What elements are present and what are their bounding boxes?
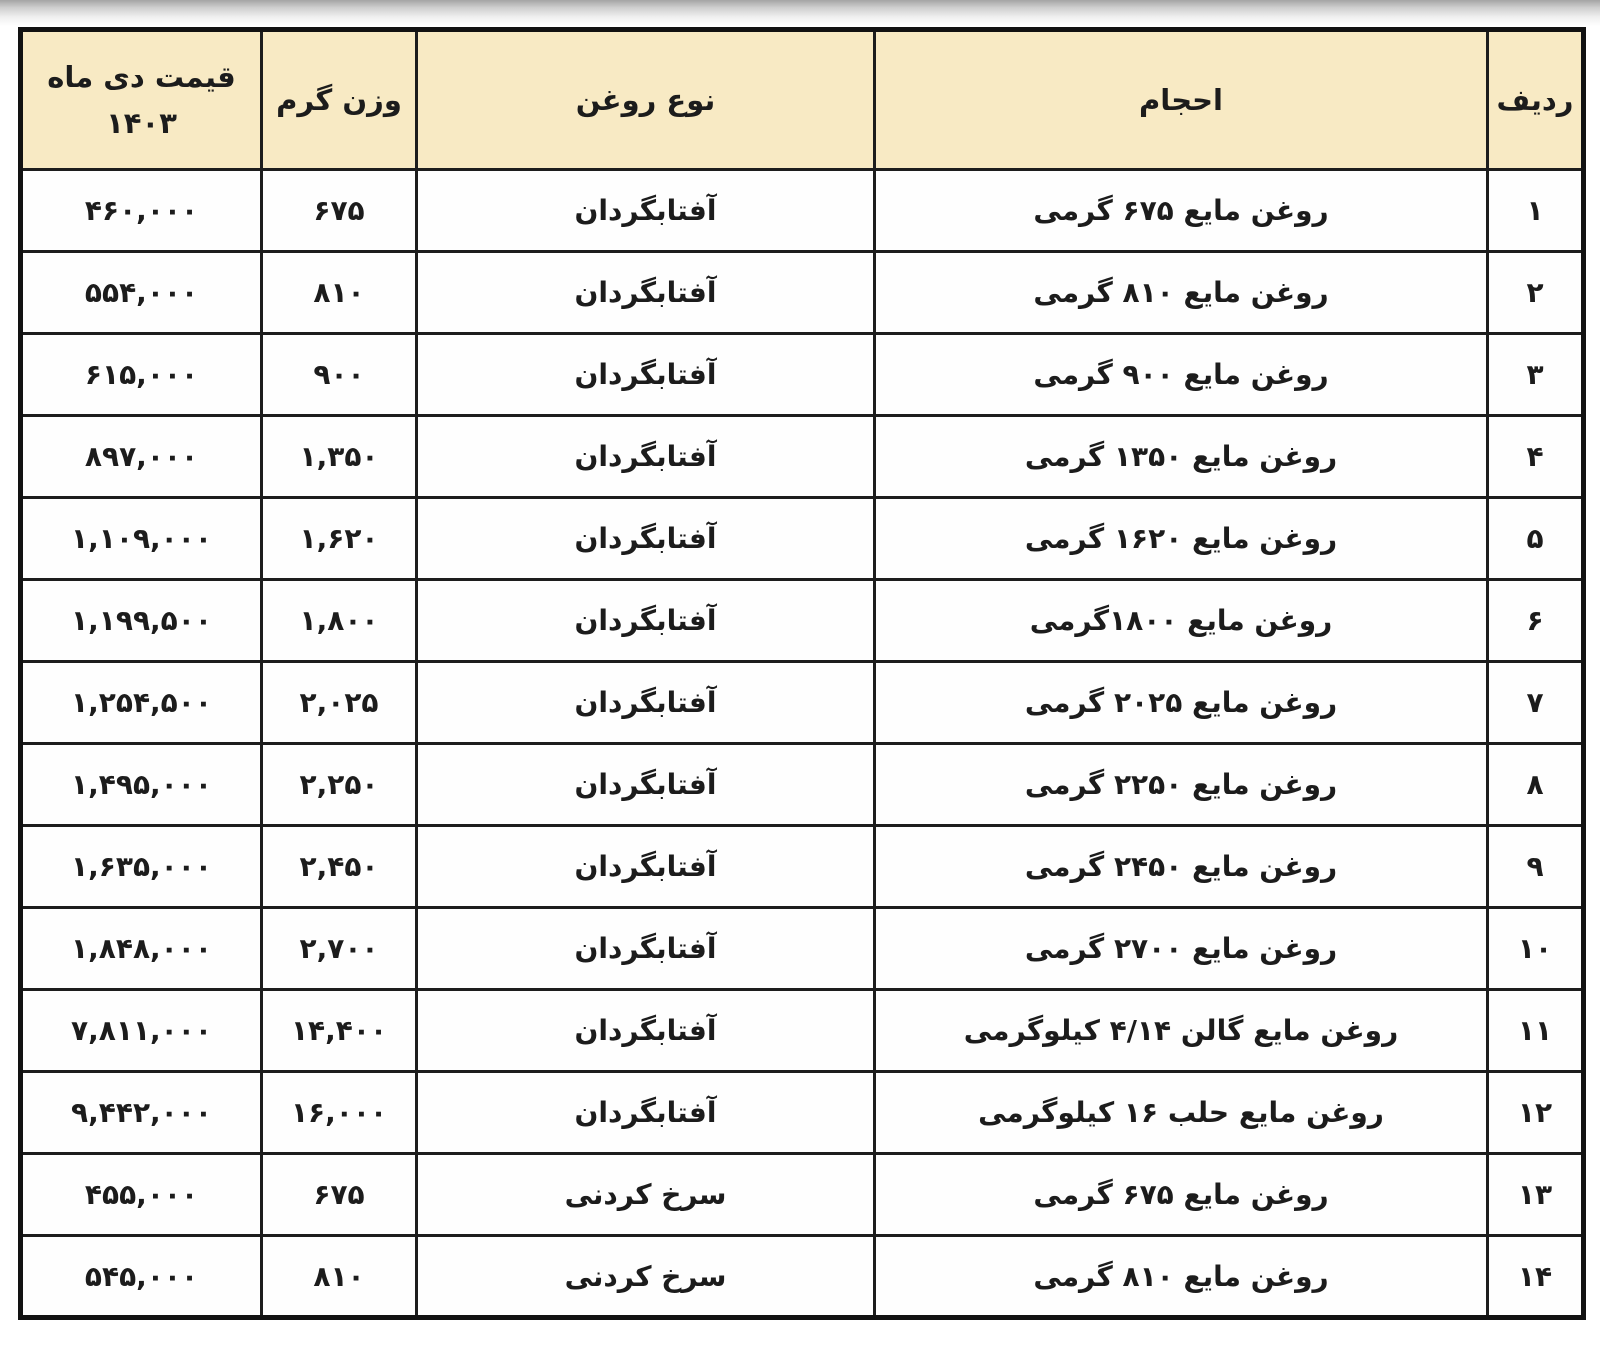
weight-cell: ۸۱۰ — [262, 1236, 417, 1318]
price-cell: ۴۶۰,۰۰۰ — [21, 170, 262, 252]
price-cell: ۶۱۵,۰۰۰ — [21, 334, 262, 416]
table-row: ۱۲ روغن مایع حلب ۱۶ کیلوگرمی آفتابگردان … — [21, 1072, 1584, 1154]
weight-cell: ۱,۶۲۰ — [262, 498, 417, 580]
volume-cell: روغن مایع ۲۲۵۰ گرمی — [875, 744, 1488, 826]
weight-cell: ۱۴,۴۰۰ — [262, 990, 417, 1072]
header-oil-type: نوع روغن — [417, 30, 875, 170]
weight-cell: ۲,۴۵۰ — [262, 826, 417, 908]
table-row: ۱۴ روغن مایع ۸۱۰ گرمی سرخ کردنی ۸۱۰ ۵۴۵,… — [21, 1236, 1584, 1318]
volume-cell: روغن مایع ۶۷۵ گرمی — [875, 1154, 1488, 1236]
volume-cell: روغن مایع ۱۶۲۰ گرمی — [875, 498, 1488, 580]
weight-cell: ۸۱۰ — [262, 252, 417, 334]
table-header: ردیف احجام نوع روغن وزن گرم قیمت دی ماه … — [21, 30, 1584, 170]
row-number-cell: ۱۲ — [1488, 1072, 1584, 1154]
row-number-cell: ۱ — [1488, 170, 1584, 252]
weight-cell: ۶۷۵ — [262, 1154, 417, 1236]
volume-cell: روغن مایع ۲۷۰۰ گرمی — [875, 908, 1488, 990]
row-number-cell: ۲ — [1488, 252, 1584, 334]
table-row: ۵ روغن مایع ۱۶۲۰ گرمی آفتابگردان ۱,۶۲۰ ۱… — [21, 498, 1584, 580]
oil-type-cell: سرخ کردنی — [417, 1236, 875, 1318]
oil-type-cell: سرخ کردنی — [417, 1154, 875, 1236]
volume-cell: روغن مایع ۸۱۰ گرمی — [875, 1236, 1488, 1318]
weight-cell: ۲,۰۲۵ — [262, 662, 417, 744]
row-number-cell: ۵ — [1488, 498, 1584, 580]
row-number-cell: ۱۴ — [1488, 1236, 1584, 1318]
table-row: ۲ روغن مایع ۸۱۰ گرمی آفتابگردان ۸۱۰ ۵۵۴,… — [21, 252, 1584, 334]
oil-type-cell: آفتابگردان — [417, 580, 875, 662]
table-row: ۱۱ روغن مایع گالن ۴/۱۴ کیلوگرمی آفتابگرد… — [21, 990, 1584, 1072]
row-number-cell: ۶ — [1488, 580, 1584, 662]
volume-cell: روغن مایع ۹۰۰ گرمی — [875, 334, 1488, 416]
header-price-line2: ۱۴۰۳ — [23, 100, 260, 146]
row-number-cell: ۳ — [1488, 334, 1584, 416]
table-row: ۸ روغن مایع ۲۲۵۰ گرمی آفتابگردان ۲,۲۵۰ ۱… — [21, 744, 1584, 826]
table-row: ۱۰ روغن مایع ۲۷۰۰ گرمی آفتابگردان ۲,۷۰۰ … — [21, 908, 1584, 990]
price-cell: ۹,۴۴۲,۰۰۰ — [21, 1072, 262, 1154]
weight-cell: ۶۷۵ — [262, 170, 417, 252]
table-row: ۱ روغن مایع ۶۷۵ گرمی آفتابگردان ۶۷۵ ۴۶۰,… — [21, 170, 1584, 252]
price-cell: ۵۵۴,۰۰۰ — [21, 252, 262, 334]
row-number-cell: ۸ — [1488, 744, 1584, 826]
header-price-line1: قیمت دی ماه — [23, 54, 260, 100]
volume-cell: روغن مایع ۱۳۵۰ گرمی — [875, 416, 1488, 498]
volume-cell: روغن مایع ۲۴۵۰ گرمی — [875, 826, 1488, 908]
oil-type-cell: آفتابگردان — [417, 252, 875, 334]
weight-cell: ۱,۳۵۰ — [262, 416, 417, 498]
oil-type-cell: آفتابگردان — [417, 334, 875, 416]
price-cell: ۱,۴۹۵,۰۰۰ — [21, 744, 262, 826]
row-number-cell: ۹ — [1488, 826, 1584, 908]
header-weight: وزن گرم — [262, 30, 417, 170]
price-cell: ۴۵۵,۰۰۰ — [21, 1154, 262, 1236]
table-row: ۶ روغن مایع ۱۸۰۰گرمی آفتابگردان ۱,۸۰۰ ۱,… — [21, 580, 1584, 662]
price-cell: ۷,۸۱۱,۰۰۰ — [21, 990, 262, 1072]
row-number-cell: ۱۳ — [1488, 1154, 1584, 1236]
price-cell: ۱,۲۵۴,۵۰۰ — [21, 662, 262, 744]
volume-cell: روغن مایع ۲۰۲۵ گرمی — [875, 662, 1488, 744]
row-number-cell: ۱۱ — [1488, 990, 1584, 1072]
oil-price-table: ردیف احجام نوع روغن وزن گرم قیمت دی ماه … — [18, 27, 1586, 1320]
oil-type-cell: آفتابگردان — [417, 170, 875, 252]
header-row: ردیف احجام نوع روغن وزن گرم قیمت دی ماه … — [21, 30, 1584, 170]
price-cell: ۵۴۵,۰۰۰ — [21, 1236, 262, 1318]
price-cell: ۸۹۷,۰۰۰ — [21, 416, 262, 498]
oil-type-cell: آفتابگردان — [417, 662, 875, 744]
oil-type-cell: آفتابگردان — [417, 908, 875, 990]
oil-type-cell: آفتابگردان — [417, 416, 875, 498]
oil-type-cell: آفتابگردان — [417, 826, 875, 908]
table-row: ۹ روغن مایع ۲۴۵۰ گرمی آفتابگردان ۲,۴۵۰ ۱… — [21, 826, 1584, 908]
top-gradient-strip — [0, 0, 1600, 26]
price-cell: ۱,۸۴۸,۰۰۰ — [21, 908, 262, 990]
oil-type-cell: آفتابگردان — [417, 498, 875, 580]
oil-type-cell: آفتابگردان — [417, 744, 875, 826]
table-row: ۱۳ روغن مایع ۶۷۵ گرمی سرخ کردنی ۶۷۵ ۴۵۵,… — [21, 1154, 1584, 1236]
header-row-number: ردیف — [1488, 30, 1584, 170]
volume-cell: روغن مایع ۸۱۰ گرمی — [875, 252, 1488, 334]
header-price: قیمت دی ماه ۱۴۰۳ — [21, 30, 262, 170]
weight-cell: ۱,۸۰۰ — [262, 580, 417, 662]
row-number-cell: ۱۰ — [1488, 908, 1584, 990]
price-cell: ۱,۱۰۹,۰۰۰ — [21, 498, 262, 580]
volume-cell: روغن مایع ۶۷۵ گرمی — [875, 170, 1488, 252]
volume-cell: روغن مایع حلب ۱۶ کیلوگرمی — [875, 1072, 1488, 1154]
table-row: ۳ روغن مایع ۹۰۰ گرمی آفتابگردان ۹۰۰ ۶۱۵,… — [21, 334, 1584, 416]
oil-type-cell: آفتابگردان — [417, 990, 875, 1072]
weight-cell: ۱۶,۰۰۰ — [262, 1072, 417, 1154]
table-row: ۷ روغن مایع ۲۰۲۵ گرمی آفتابگردان ۲,۰۲۵ ۱… — [21, 662, 1584, 744]
price-cell: ۱,۱۹۹,۵۰۰ — [21, 580, 262, 662]
table-body: ۱ روغن مایع ۶۷۵ گرمی آفتابگردان ۶۷۵ ۴۶۰,… — [21, 170, 1584, 1318]
volume-cell: روغن مایع ۱۸۰۰گرمی — [875, 580, 1488, 662]
row-number-cell: ۷ — [1488, 662, 1584, 744]
volume-cell: روغن مایع گالن ۴/۱۴ کیلوگرمی — [875, 990, 1488, 1072]
weight-cell: ۹۰۰ — [262, 334, 417, 416]
page: ردیف احجام نوع روغن وزن گرم قیمت دی ماه … — [0, 0, 1600, 1360]
weight-cell: ۲,۲۵۰ — [262, 744, 417, 826]
price-cell: ۱,۶۳۵,۰۰۰ — [21, 826, 262, 908]
oil-type-cell: آفتابگردان — [417, 1072, 875, 1154]
weight-cell: ۲,۷۰۰ — [262, 908, 417, 990]
table-row: ۴ روغن مایع ۱۳۵۰ گرمی آفتابگردان ۱,۳۵۰ ۸… — [21, 416, 1584, 498]
row-number-cell: ۴ — [1488, 416, 1584, 498]
header-volumes: احجام — [875, 30, 1488, 170]
